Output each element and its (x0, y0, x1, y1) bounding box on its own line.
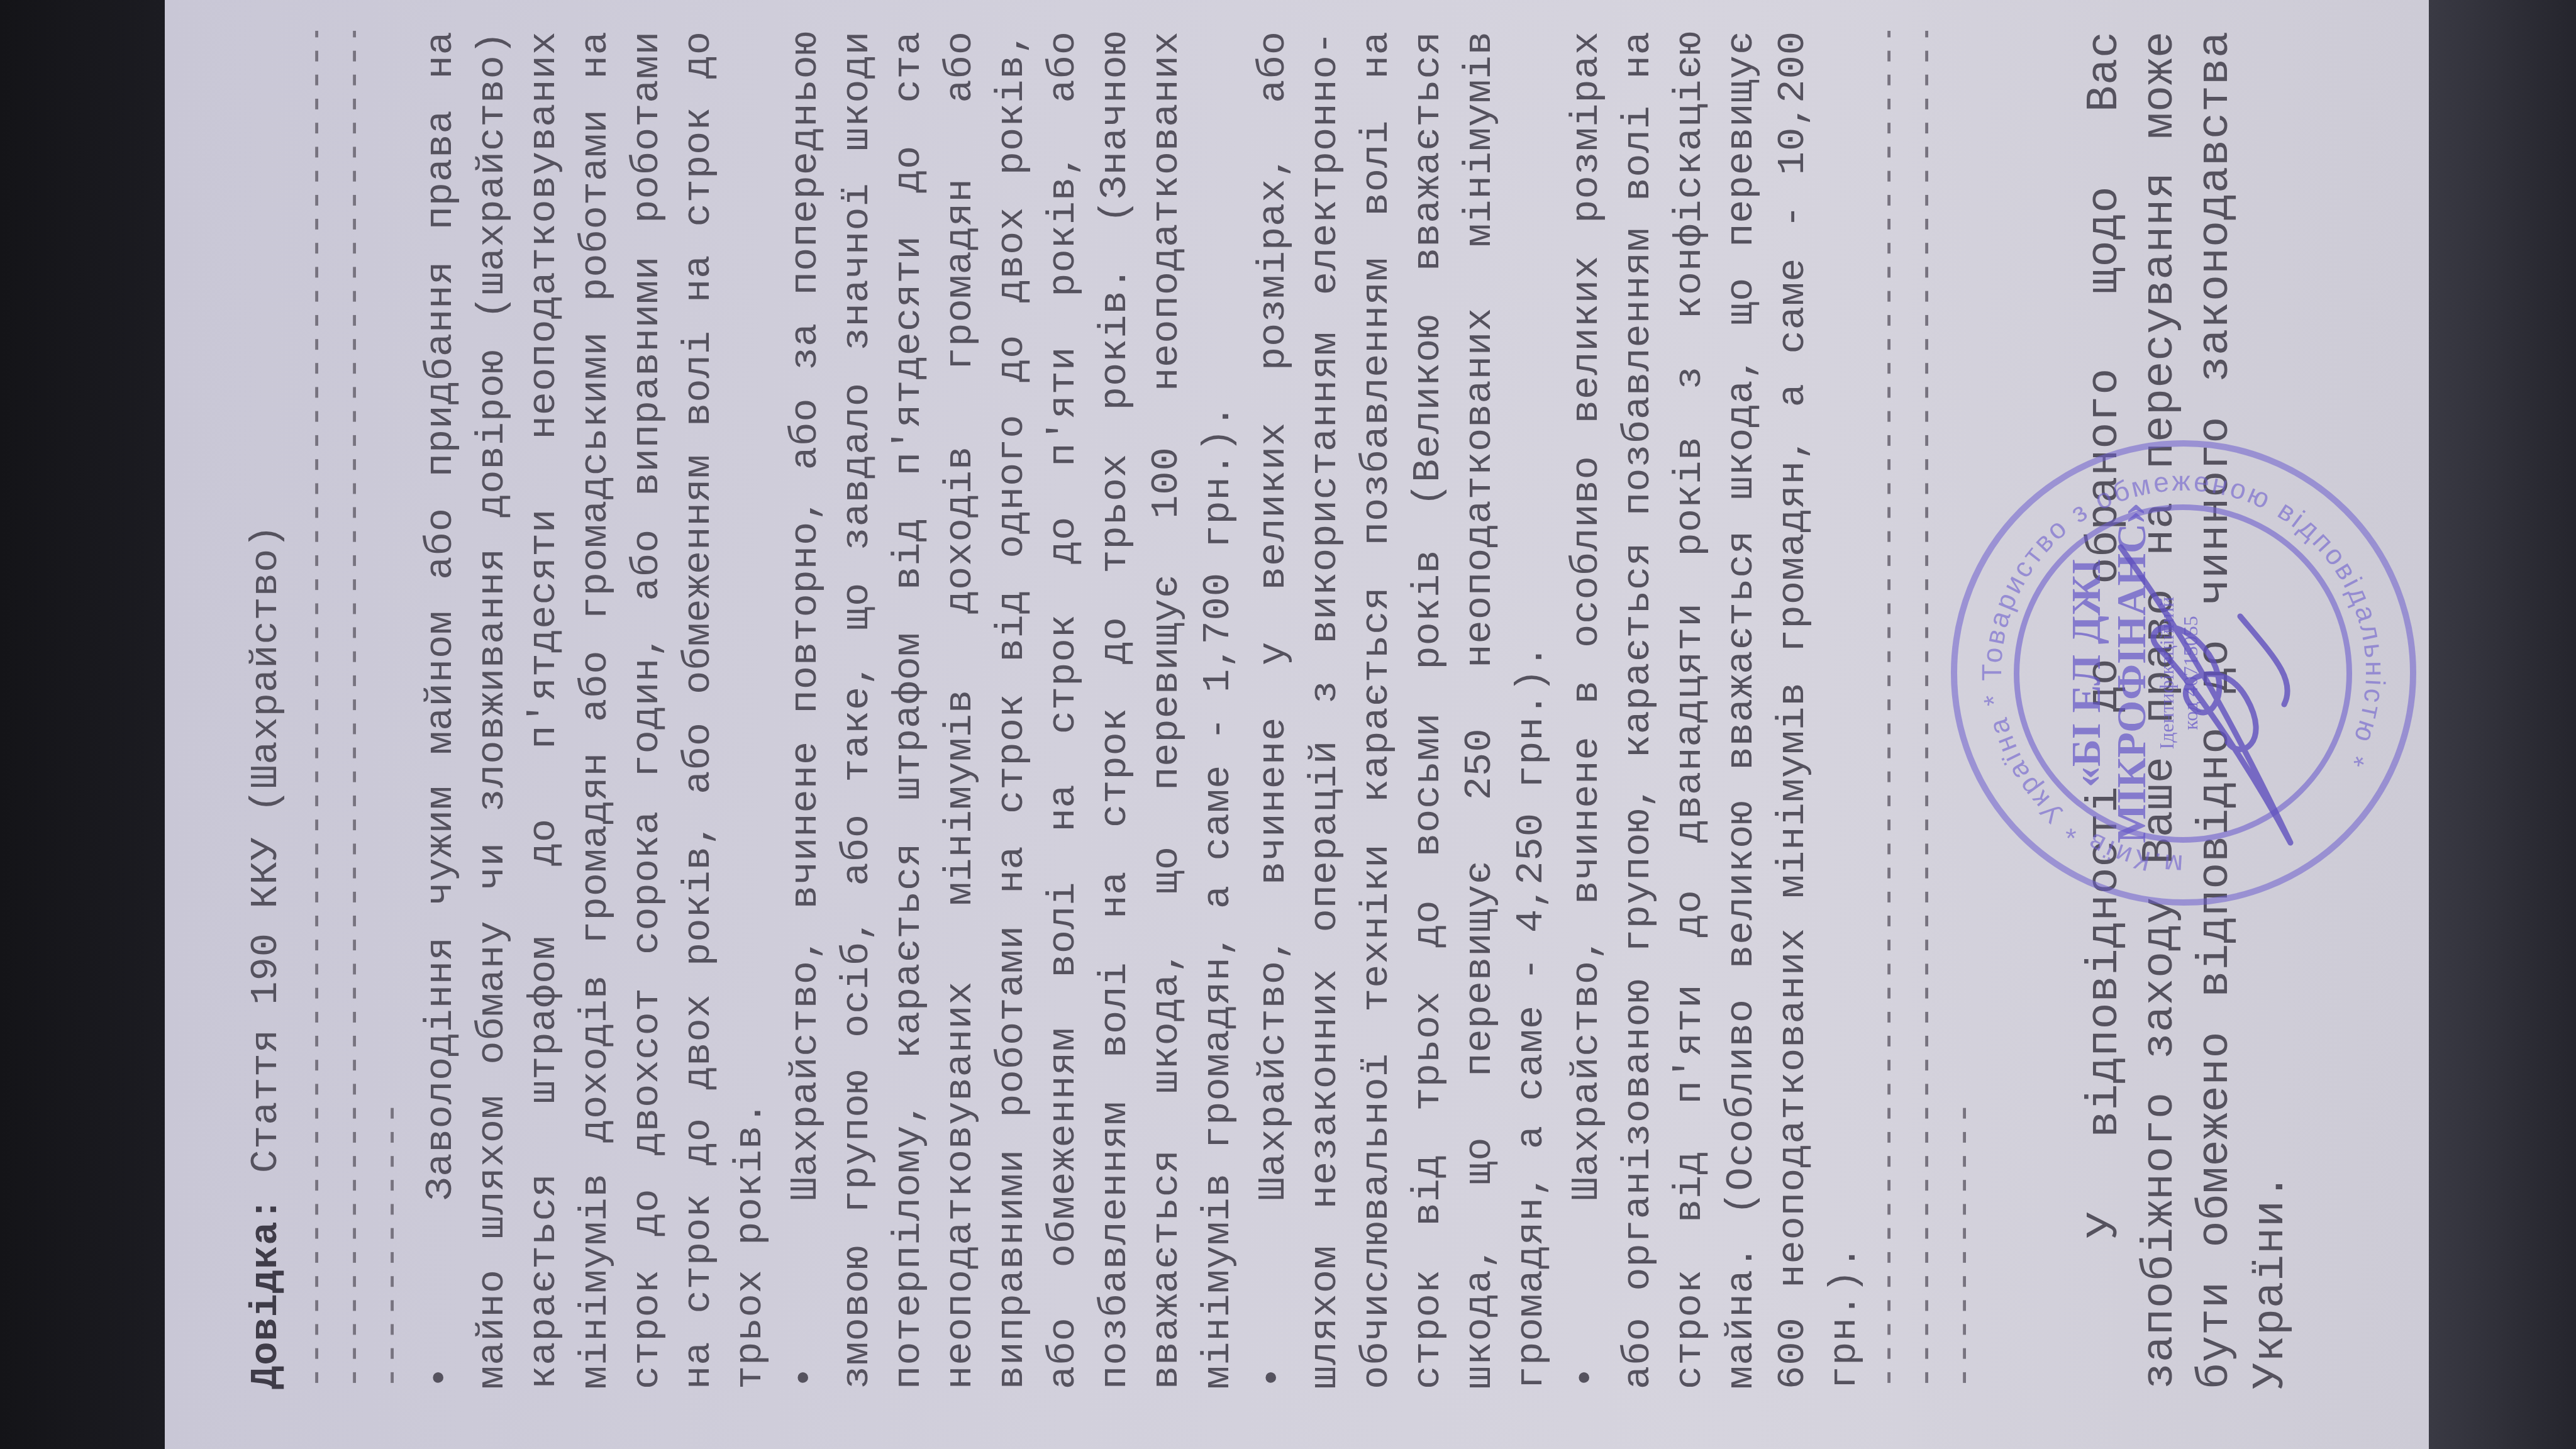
article-paragraph-2: •Шахрайство, вчинене повторно, або за по… (780, 31, 1244, 1389)
bullet: • (1248, 1352, 1299, 1389)
heading-label: Довідка: (243, 1197, 288, 1389)
paper-sheet: Довідка: Стаття 190 ККУ (Шахрайство) ---… (165, 0, 2429, 1449)
article-paragraph-1: •Заволодіння чужим майном або придбання … (415, 31, 776, 1389)
heading-text: Стаття 190 ККУ (Шахрайство) (243, 525, 288, 1174)
background-right (2428, 0, 2576, 1449)
paragraph-text: Шахрайство, вчинене у великих розмірах, … (1251, 31, 1553, 1389)
handwritten-signature (2083, 491, 2347, 868)
bullet: • (1561, 1352, 1613, 1389)
background-left (0, 0, 170, 1449)
bullet: • (780, 1352, 831, 1389)
separator-line: ----------------------------------------… (1908, 31, 1946, 1389)
article-paragraph-4: •Шахрайство, вчинене в особливо великих … (1561, 31, 1870, 1389)
separator-line: ----------------------------------------… (1870, 31, 1908, 1389)
separator-line: ----------------------------------------… (298, 31, 336, 1389)
paragraph-text: Шахрайство, вчинене повторно, або за поп… (783, 31, 1240, 1389)
separator-line: ----------------------------------------… (336, 31, 374, 1389)
paragraph-text: Заволодіння чужим майном або придбання п… (418, 31, 772, 1389)
separator-line-short: ------------ (374, 31, 411, 1389)
bullet: • (415, 1352, 467, 1389)
paragraph-text: Шахрайство, вчинене в особливо великих р… (1564, 31, 1867, 1389)
reference-heading: Довідка: Стаття 190 ККУ (Шахрайство) (240, 31, 292, 1389)
article-paragraph-3: •Шахрайство, вчинене у великих розмірах,… (1248, 31, 1557, 1389)
